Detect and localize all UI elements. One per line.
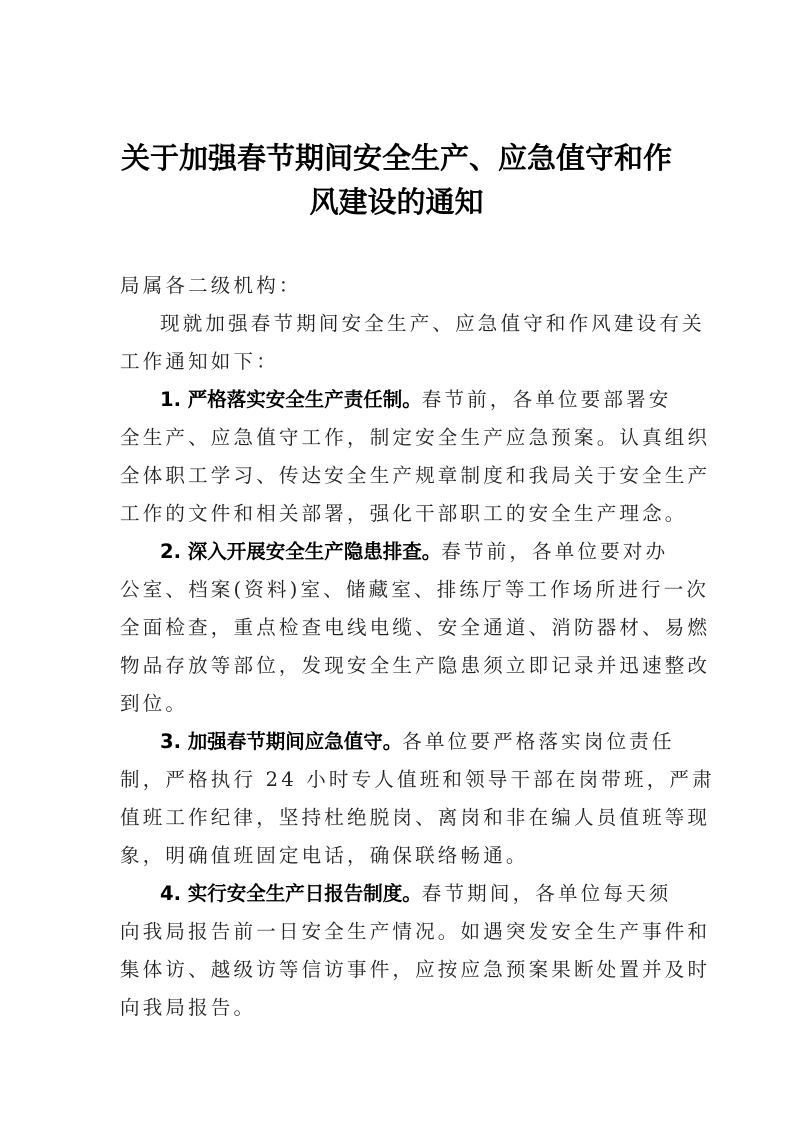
section-3-line: 值班工作纪律，坚持杜绝脱岗、离岗和非在编人员值班等现 — [120, 799, 680, 837]
document-title-line-2: 风建设的通知 — [100, 180, 693, 224]
section-2-text: 春节前，各单位要对办 — [441, 540, 668, 563]
section-4-line: 向我局报告。 — [120, 989, 680, 1027]
salutation: 局属各二级机构： — [120, 267, 680, 305]
section-2-line: 物品存放等部位，发现安全生产隐患须立即记录并迅速整改 — [120, 647, 680, 685]
section-2-line: 公室、档案(资料)室、储藏室、排练厅等工作场所进行一次 — [120, 571, 680, 609]
document-page: 关于加强春节期间安全生产、应急值守和作 风建设的通知 局属各二级机构： 现就加强… — [0, 0, 793, 1122]
section-1-line: 工作的文件和相关部署，强化干部职工的安全生产理念。 — [120, 495, 680, 533]
section-2-heading: 2. 深入开展安全生产隐患排查。 — [160, 540, 441, 563]
section-1-first-line: 1. 严格落实安全生产责任制。春节前，各单位要部署安 — [160, 381, 720, 419]
section-4-line: 向我局报告前一日安全生产情况。如遇突发安全生产事件和 — [120, 913, 680, 951]
section-1-line: 全生产、应急值守工作，制定安全生产应急预案。认真组织 — [120, 419, 680, 457]
intro-line-1: 现就加强春节期间安全生产、应急值守和作风建设有关 — [160, 305, 720, 343]
section-2-line: 全面检查，重点检查电线电缆、安全通道、消防器材、易燃 — [120, 609, 680, 647]
section-4-heading: 4. 实行安全生产日报告制度。 — [160, 882, 422, 905]
section-2-line: 到位。 — [120, 685, 680, 723]
section-1-line: 全体职工学习、传达安全生产规章制度和我局关于安全生产 — [120, 457, 680, 495]
section-4-first-line: 4. 实行安全生产日报告制度。春节期间，各单位每天须 — [160, 875, 720, 913]
document-title-line-1: 关于加强春节期间安全生产、应急值守和作 — [100, 136, 693, 180]
section-3-line: 制，严格执行 24 小时专人值班和领导干部在岗带班，严肃 — [120, 761, 680, 799]
section-3-line: 象，明确值班固定电话，确保联络畅通。 — [120, 837, 680, 875]
intro-line-2: 工作通知如下： — [120, 343, 680, 381]
section-2-first-line: 2. 深入开展安全生产隐患排查。春节前，各单位要对办 — [160, 533, 720, 571]
section-3-heading: 3. 加强春节期间应急值守。 — [160, 730, 402, 753]
section-1-heading: 1. 严格落实安全生产责任制。 — [160, 388, 422, 411]
section-3-text: 各单位要严格落实岗位责任 — [402, 730, 674, 753]
section-1-text: 春节前，各单位要部署安 — [422, 388, 672, 411]
section-4-text: 春节期间，各单位每天须 — [422, 882, 672, 905]
section-3-first-line: 3. 加强春节期间应急值守。各单位要严格落实岗位责任 — [160, 723, 720, 761]
section-4-line: 集体访、越级访等信访事件，应按应急预案果断处置并及时 — [120, 951, 680, 989]
